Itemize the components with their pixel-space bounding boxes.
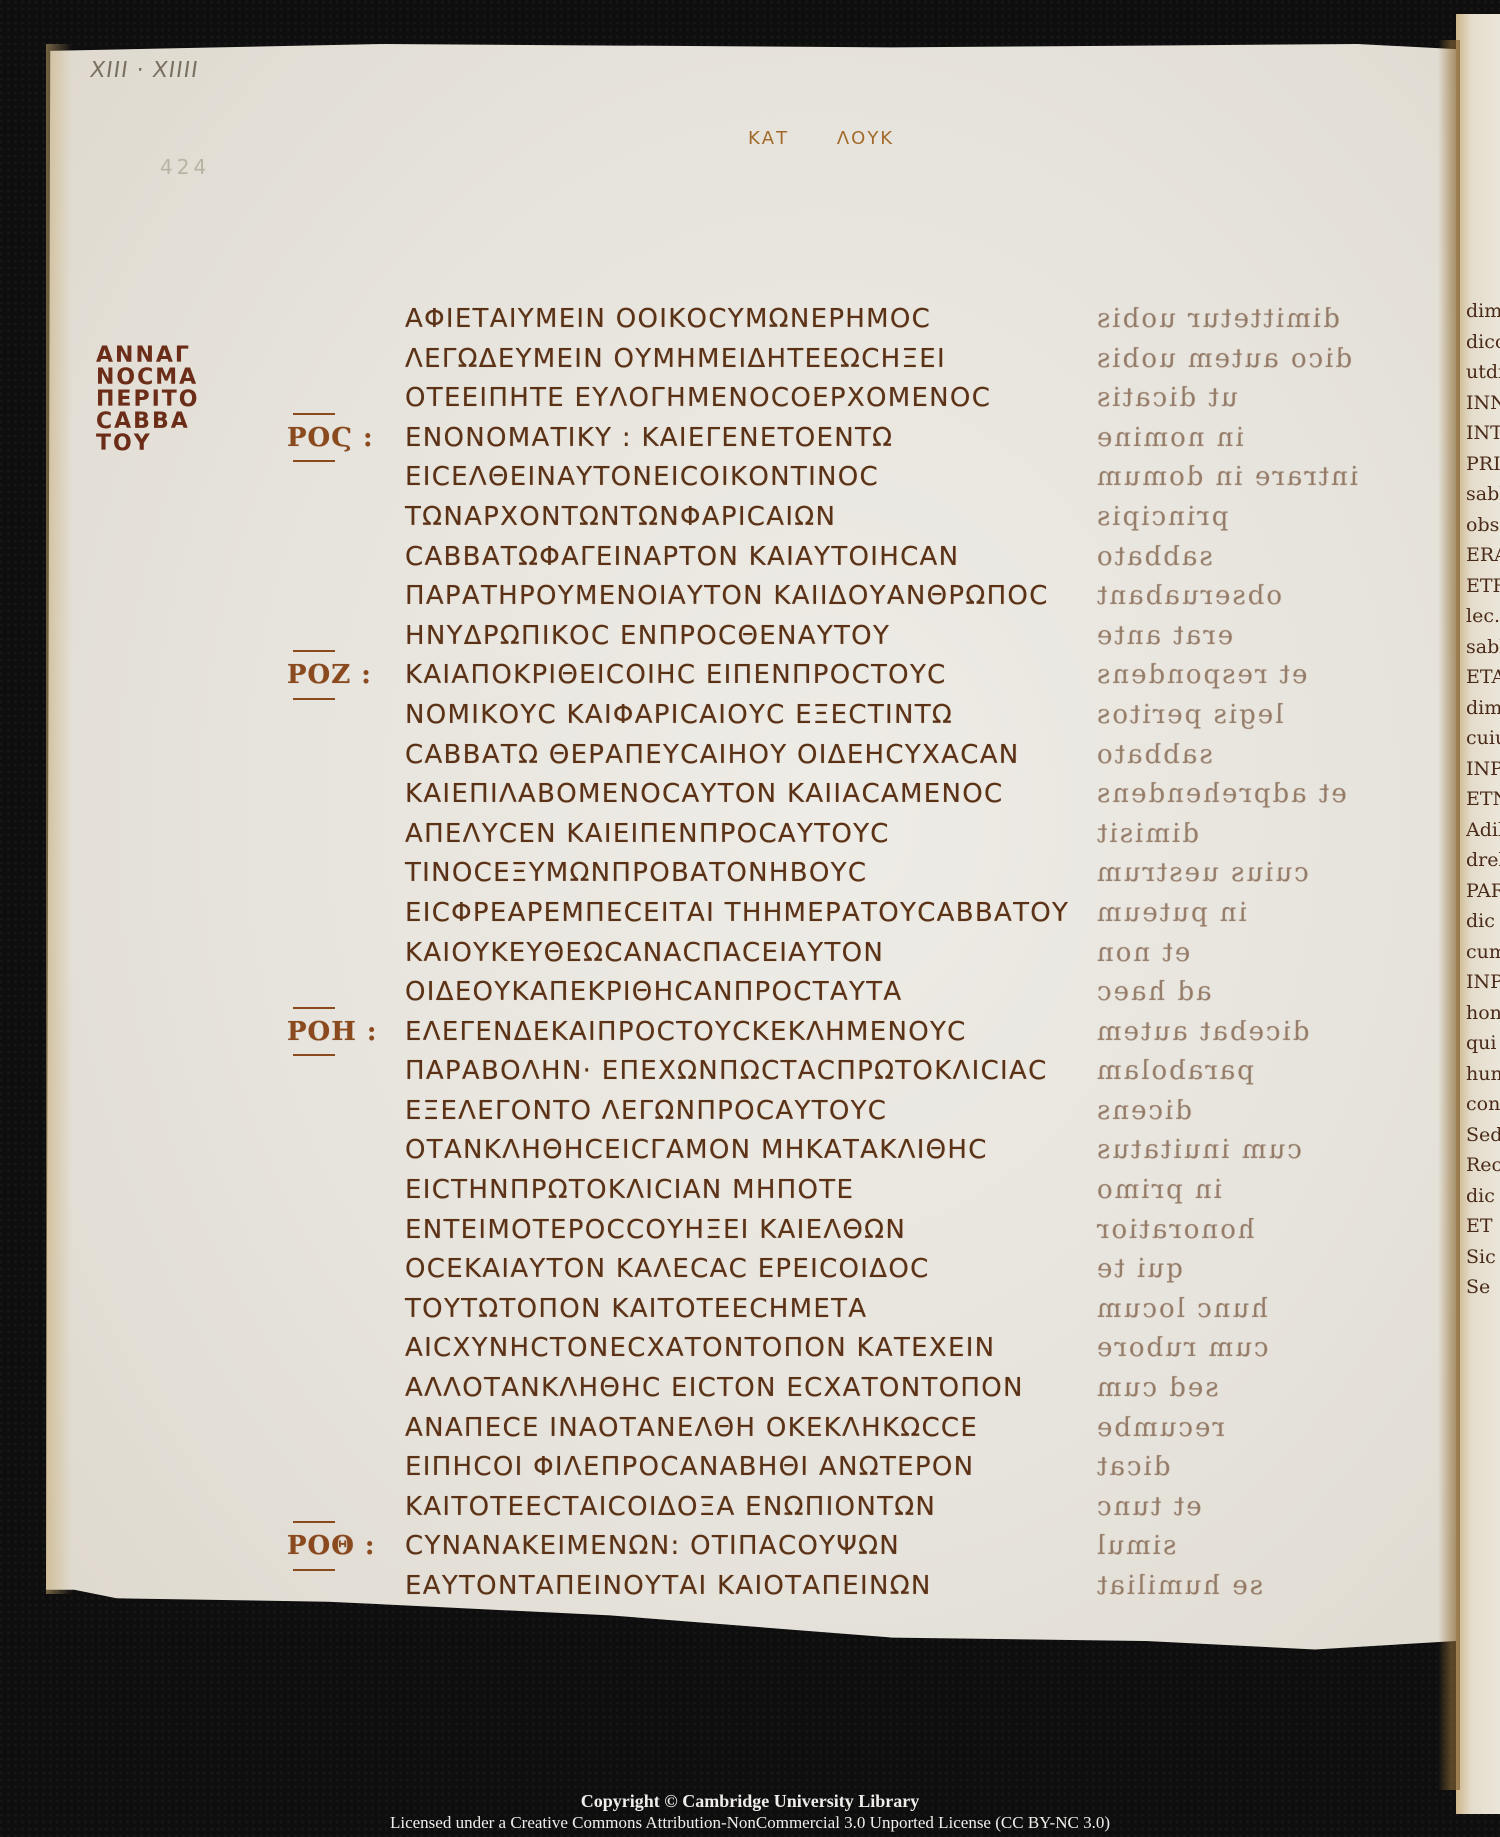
facing-page-line: dreb — [1466, 845, 1500, 876]
line-text: ΟϹΕΚΑΙΑΥΤΟΝ ΚΑΛΕϹΑϹ ΕΡΕΙϹΟΙΔΟϹ — [405, 1254, 930, 1284]
line-text: ΤΟΥΤΩΤΟΠΟΝ ΚΑΙΤΟΤΕΕϹΗΜΕΤΑ — [405, 1294, 867, 1324]
manuscript-line: ΡΟϚ :ΕΝΟΝΟΜΑΤΙΚΥ : ΚΑΙΕΓΕΝΕΤΟΕΝΤΩin nomi… — [405, 419, 1405, 459]
leaf-edge-stain — [46, 44, 72, 1594]
bleed-through-text: qui te — [1095, 1250, 1183, 1290]
manuscript-line: ΟΤΕΕΙΠΗΤΕ ΕΥΛΟΓΗΜΕΝΟϹΟΕΡΧΟΜΕΝΟϹut dicati… — [405, 379, 1405, 419]
line-text: ΕΞΕΛΕΓΟΝΤΟ ΛΕΓΩΝΠΡΟϹΑΥΤΟΥϹ — [405, 1096, 887, 1126]
ammonian-section-number: ΡΟΖ : — [287, 656, 372, 696]
bleed-through-text: intrare in domum — [1095, 458, 1358, 498]
bleed-through-text: cum inuitatus — [1095, 1131, 1302, 1171]
line-text: ΕΝΟΝΟΜΑΤΙΚΥ : ΚΑΙΕΓΕΝΕΤΟΕΝΤΩ — [405, 423, 893, 453]
manuscript-line: ΑΠΕΛΥϹΕΝ ΚΑΙΕΙΠΕΝΠΡΟϹΑΥΤΟΥϹdimisit — [405, 815, 1405, 855]
marginal-rubric: ΑΝΝΑΓ ΝΟϹΜΑ ΠΕΡΙΤΟ ϹΑΒΒΑ ΤΟΥ — [96, 345, 199, 455]
bleed-through-text: in nomine — [1095, 419, 1244, 459]
line-text: ΚΑΙΤΟΤΕΕϹΤΑΙϹΟΙΔΟΞΑ ΕΝΩΠΙΟΝΤΩΝ — [405, 1492, 936, 1522]
bleed-through-text: sabbato — [1095, 736, 1213, 776]
facing-page-line: dimi — [1466, 296, 1500, 327]
line-text: ΟΙΔΕΟΥΚΑΠΕΚΡΙΘΗϹΑΝΠΡΟϹΤΑΥΤΑ — [405, 977, 902, 1007]
facing-page-line: Se — [1466, 1272, 1500, 1303]
facing-page-line: ET — [1466, 1211, 1500, 1242]
ammonian-section-number: ΡΟϚ : — [287, 419, 374, 459]
facing-page-line: Sic — [1466, 1242, 1500, 1273]
bleed-through-text: dico autem uobis — [1095, 340, 1352, 380]
bleed-through-text: et adprehendens — [1095, 775, 1347, 815]
line-text: ΟΤΕΕΙΠΗΤΕ ΕΥΛΟΓΗΜΕΝΟϹΟΕΡΧΟΜΕΝΟϹ — [405, 383, 991, 413]
line-text: ΤΙΝΟϹΕΞΥΜΩΝΠΡΟΒΑΤΟΝΗΒΟΥϹ — [405, 858, 867, 888]
line-text: ΚΑΙΕΠΙΛΑΒΟΜΕΝΟϹΑΥΤΟΝ ΚΑΙΙΑϹΑΜΕΝΟϹ — [405, 779, 1003, 809]
manuscript-line: ΡΟΖ :ΚΑΙΑΠΟΚΡΙΘΕΙϹΟΙΗϹ ΕΙΠΕΝΠΡΟϹΤΟΥϹet r… — [405, 656, 1405, 696]
rubric-line: ΤΟΥ — [96, 433, 199, 455]
manuscript-line: ΑΛΛΟΤΑΝΚΛΗΘΗϹ ΕΙϹΤΟΝ ΕϹΧΑΤΟΝΤΟΠΟΝsed cum — [405, 1369, 1405, 1409]
line-text: ΗΝΥΔΡΩΠΙΚΟϹ ΕΝΠΡΟϹΘΕΝΑΥΤΟΥ — [405, 621, 890, 651]
facing-page-line: Adil — [1466, 815, 1500, 846]
facing-page-line: hon — [1466, 998, 1500, 1029]
bleed-through-text: erat ante — [1095, 617, 1233, 657]
line-text: ΑΛΛΟΤΑΝΚΛΗΘΗϹ ΕΙϹΤΟΝ ΕϹΧΑΤΟΝΤΟΠΟΝ — [405, 1373, 1024, 1403]
line-text: ΕΑΥΤΟΝΤΑΠΕΙΝΟΥΤΑΙ ΚΑΙΟΤΑΠΕΙΝΩΝ — [405, 1571, 932, 1601]
bleed-through-text: dimittetur uobis — [1095, 300, 1340, 340]
manuscript-line: ΗΝΥΔΡΩΠΙΚΟϹ ΕΝΠΡΟϹΘΕΝΑΥΤΟΥerat ante — [405, 617, 1405, 657]
facing-page-line: utdi — [1466, 357, 1500, 388]
facing-page-line: Rec — [1466, 1150, 1500, 1181]
bleed-through-text: cuius uestrum — [1095, 854, 1309, 894]
manuscript-line: ΠΑΡΑΒΟΛΗΝ· ΕΠΕΧΩΝΠΩϹΤΑϹΠΡΩΤΟΚΛΙϹΙΑϹparab… — [405, 1052, 1405, 1092]
line-text: ΑΝΑΠΕϹΕ ΙΝΑΟΤΑΝΕΛΘΗ ΟΚΕΚΛΗΚΩϹϹΕ — [405, 1413, 978, 1443]
bleed-through-text: ad haec — [1095, 973, 1212, 1013]
facing-page-line: sabb — [1466, 479, 1500, 510]
facing-page-line: INPU — [1466, 754, 1500, 785]
line-text: ΚΑΙΟΥΚΕΥΘΕΩϹΑΝΑϹΠΑϹΕΙΑΥΤΟΝ — [405, 938, 884, 968]
bleed-through-text: in puteum — [1095, 894, 1247, 934]
bleed-through-text: honoratior — [1095, 1211, 1255, 1251]
manuscript-line: ΟΤΑΝΚΛΗΘΗϹΕΙϹΓΑΜΟΝ ΜΗΚΑΤΑΚΛΙΘΗϹcum inuit… — [405, 1131, 1405, 1171]
facing-page-line: INTR — [1466, 418, 1500, 449]
bleed-through-text: et non — [1095, 934, 1190, 974]
bleed-through-text: simul — [1095, 1527, 1176, 1567]
line-text: ΟΤΑΝΚΛΗΘΗϹΕΙϹΓΑΜΟΝ ΜΗΚΑΤΑΚΛΙΘΗϹ — [405, 1135, 988, 1165]
facing-page-line: ERAT — [1466, 540, 1500, 571]
pencil-quire-marks: XIII · XIIII — [88, 58, 200, 83]
ammonian-section-number: ΡΟΘ : — [287, 1527, 376, 1567]
facing-page-line: PRIN — [1466, 449, 1500, 480]
facing-page-line: PARA — [1466, 876, 1500, 907]
facing-page-line: dic — [1466, 1181, 1500, 1212]
line-text: ΕΝΤΕΙΜΟΤΕΡΟϹϹΟΥΗΞΕΙ ΚΑΙΕΛΘΩΝ — [405, 1215, 906, 1245]
bleed-through-text: et respondens — [1095, 656, 1307, 696]
line-text: ΝΟΜΙΚΟΥϹ ΚΑΙΦΑΡΙϹΑΙΟΥϹ ΕΞΕϹΤΙΝΤΩ — [405, 700, 953, 730]
bleed-through-text: dicens — [1095, 1092, 1192, 1132]
facing-page-line: dic — [1466, 906, 1500, 937]
facing-page-line: Sed — [1466, 1120, 1500, 1151]
copyright-notice: Copyright © Cambridge University Library — [0, 1790, 1500, 1812]
bleed-through-text: recumbe — [1095, 1409, 1225, 1449]
binding-gutter — [1438, 40, 1460, 1790]
bleed-through-text: ut dicatis — [1095, 379, 1238, 419]
bleed-through-text: parabolam — [1095, 1052, 1254, 1092]
manuscript-line: ΤΙΝΟϹΕΞΥΜΩΝΠΡΟΒΑΤΟΝΗΒΟΥϹcuius uestrum — [405, 854, 1405, 894]
manuscript-line: ΕΑΥΤΟΝΤΑΠΕΙΝΟΥΤΑΙ ΚΑΙΟΤΑΠΕΙΝΩΝse humilia… — [405, 1567, 1405, 1607]
facing-page-line: hunc — [1466, 1059, 1500, 1090]
facing-page-line: ETRES — [1466, 571, 1500, 602]
manuscript-line: ΕΙϹΦΡΕΑΡΕΜΠΕϹΕΙΤΑΙ ΤΗΗΜΕΡΑΤΟΥϹΑΒΒΑΤΟΥin … — [405, 894, 1405, 934]
manuscript-line: ΕΙΠΗϹΟΙ ΦΙΛΕΠΡΟϹΑΝΑΒΗΘΙ ΑΝΩΤΕΡΟΝdicat — [405, 1448, 1405, 1488]
image-credits: Copyright © Cambridge University Library… — [0, 1790, 1500, 1834]
line-text: ϹΑΒΒΑΤΩ ΘΕΡΑΠΕΥϹΑΙΗΟΥ ΟΙΔΕΗϹΥΧΑϹΑΝ — [405, 740, 1020, 770]
line-text: ΠΑΡΑΒΟΛΗΝ· ΕΠΕΧΩΝΠΩϹΤΑϹΠΡΩΤΟΚΛΙϹΙΑϹ — [405, 1056, 1048, 1086]
facing-page-line: lec. — [1466, 601, 1500, 632]
facing-page-line: cuiu — [1466, 723, 1500, 754]
manuscript-line: ΟΙΔΕΟΥΚΑΠΕΚΡΙΘΗϹΑΝΠΡΟϹΤΑΥΤΑad haec — [405, 973, 1405, 1013]
manuscript-line: ΑΝΑΠΕϹΕ ΙΝΑΟΤΑΝΕΛΘΗ ΟΚΕΚΛΗΚΩϹϹΕrecumbe — [405, 1409, 1405, 1449]
manuscript-line: ΛΕΓΩΔΕΥΜΕΙΝ ΟΥΜΗΜΕΙΔΗΤΕΕΩϹΗΞΕΙdico autem… — [405, 340, 1405, 380]
bleed-through-text: et tunc — [1095, 1488, 1202, 1528]
line-text: ΚΑΙΑΠΟΚΡΙΘΕΙϹΟΙΗϹ ΕΙΠΕΝΠΡΟϹΤΟΥϹ — [405, 660, 947, 690]
facing-page-line: dimi — [1466, 693, 1500, 724]
manuscript-line: ΤΟΥΤΩΤΟΠΟΝ ΚΑΙΤΟΤΕΕϹΗΜΕΤΑhunc locum — [405, 1290, 1405, 1330]
manuscript-line: ΤΩΝΑΡΧΟΝΤΩΝΤΩΝΦΑΡΙϹΑΙΩΝprincipis — [405, 498, 1405, 538]
line-text: ΑΙϹΧΥΝΗϹΤΟΝΕϹΧΑΤΟΝΤΟΠΟΝ ΚΑΤΕΧΕΙΝ — [405, 1333, 995, 1363]
bleed-through-text: legis peritos — [1095, 696, 1284, 736]
manuscript-line: ΡΟΗ :ΕΛΕΓΕΝΔΕΚΑΙΠΡΟϹΤΟΥϹΚΕΚΛΗΜΕΝΟΥϹdiceb… — [405, 1013, 1405, 1053]
manuscript-line: ϹΑΒΒΑΤΩΦΑΓΕΙΝΑΡΤΟΝ ΚΑΙΑΥΤΟΙΗϹΑΝsabbato — [405, 538, 1405, 578]
line-text: ΕΙΠΗϹΟΙ ΦΙΛΕΠΡΟϹΑΝΑΒΗΘΙ ΑΝΩΤΕΡΟΝ — [405, 1452, 974, 1482]
bleed-through-text: in primo — [1095, 1171, 1222, 1211]
rubric-line: ΑΝΝΑΓ — [96, 345, 199, 367]
line-text: ΕΛΕΓΕΝΔΕΚΑΙΠΡΟϹΤΟΥϹΚΕΚΛΗΜΕΝΟΥϹ — [405, 1017, 967, 1047]
facing-page-line: dicoa — [1466, 327, 1500, 358]
facing-page-line: con — [1466, 1089, 1500, 1120]
line-text: ΤΩΝΑΡΧΟΝΤΩΝΤΩΝΦΑΡΙϹΑΙΩΝ — [405, 502, 836, 532]
line-text: ϹΥΝΑΝΑΚΕΙΜΕΝΩΝ: ΟΤΙΠΑϹΟΥΨΩΝ — [405, 1531, 900, 1561]
manuscript-line: ΚΑΙΟΥΚΕΥΘΕΩϹΑΝΑϹΠΑϹΕΙΑΥΤΟΝet non — [405, 934, 1405, 974]
line-text: ΕΙϹΤΗΝΠΡΩΤΟΚΛΙϹΙΑΝ ΜΗΠΟΤΕ — [405, 1175, 854, 1205]
line-text: ΕΙϹΕΛΘΕΙΝΑΥΤΟΝΕΙϹΟΙΚΟΝΤΙΝΟϹ — [405, 462, 879, 492]
running-title: ΚΑΤ ΛΟΥΚ — [748, 128, 894, 149]
line-text: ΑΦΙΕΤΑΙΥΜΕΙΝ ΟΟΙΚΟϹΥΜΩΝΕΡΗΜΟϹ — [405, 304, 931, 334]
bleed-through-text: sed cum — [1095, 1369, 1219, 1409]
manuscript-line: ΕΝΤΕΙΜΟΤΕΡΟϹϹΟΥΗΞΕΙ ΚΑΙΕΛΘΩΝhonoratior — [405, 1211, 1405, 1251]
facing-page-line: INNO — [1466, 388, 1500, 419]
manuscript-line: ΑΦΙΕΤΑΙΥΜΕΙΝ ΟΟΙΚΟϹΥΜΩΝΕΡΗΜΟϹdimittetur … — [405, 300, 1405, 340]
line-text: ΕΙϹΦΡΕΑΡΕΜΠΕϹΕΙΤΑΙ ΤΗΗΜΕΡΑΤΟΥϹΑΒΒΑΤΟΥ — [405, 898, 1069, 928]
line-text: ΛΕΓΩΔΕΥΜΕΙΝ ΟΥΜΗΜΕΙΔΗΤΕΕΩϹΗΞΕΙ — [405, 344, 946, 374]
bleed-through-text: sabbato — [1095, 538, 1213, 578]
manuscript-line: ΚΑΙΕΠΙΛΑΒΟΜΕΝΟϹΑΥΤΟΝ ΚΑΙΙΑϹΑΜΕΝΟϹet adpr… — [405, 775, 1405, 815]
bleed-through-text: dicebat autem — [1095, 1013, 1310, 1053]
facing-page-line: sabb — [1466, 632, 1500, 663]
line-text: ΑΠΕΛΥϹΕΝ ΚΑΙΕΙΠΕΝΠΡΟϹΑΥΤΟΥϹ — [405, 819, 890, 849]
facing-page-line: ETN — [1466, 784, 1500, 815]
line-text: ϹΑΒΒΑΤΩΦΑΓΕΙΝΑΡΤΟΝ ΚΑΙΑΥΤΟΙΗϹΑΝ — [405, 542, 959, 572]
license-notice: Licensed under a Creative Commons Attrib… — [0, 1812, 1500, 1834]
manuscript-line: ΡΟΘ :ϹΥΝΑΝΑΚΕΙΜΕΝΩΝ: ΟΤΙΠΑϹΟΥΨΩΝsimul — [405, 1527, 1405, 1567]
ammonian-section-number: ΡΟΗ : — [287, 1013, 377, 1053]
bleed-through-text: dicat — [1095, 1448, 1170, 1488]
bleed-through-text: se humiliat — [1095, 1567, 1263, 1607]
manuscript-line: ΕΙϹΕΛΘΕΙΝΑΥΤΟΝΕΙϹΟΙΚΟΝΤΙΝΟϹintrare in do… — [405, 458, 1405, 498]
facing-page-line: qui — [1466, 1028, 1500, 1059]
facing-page-line: ETAd — [1466, 662, 1500, 693]
facing-page-latin-text: dimidicoautdiINNOINTRPRINsabbobseERATETR… — [1466, 296, 1500, 1303]
manuscript-line: ΚΑΙΤΟΤΕΕϹΤΑΙϹΟΙΔΟΞΑ ΕΝΩΠΙΟΝΤΩΝet tunc — [405, 1488, 1405, 1528]
manuscript-line: ΠΑΡΑΤΗΡΟΥΜΕΝΟΙΑΥΤΟΝ ΚΑΙΙΔΟΥΑΝΘΡΩΠΟϹobser… — [405, 577, 1405, 617]
manuscript-line: ΟϹΕΚΑΙΑΥΤΟΝ ΚΑΛΕϹΑϹ ΕΡΕΙϹΟΙΔΟϹqui te — [405, 1250, 1405, 1290]
main-text-column: ΑΦΙΕΤΑΙΥΜΕΙΝ ΟΟΙΚΟϹΥΜΩΝΕΡΗΜΟϹdimittetur … — [405, 300, 1405, 1607]
facing-page-line: cum — [1466, 937, 1500, 968]
manuscript-line: ΝΟΜΙΚΟΥϹ ΚΑΙΦΑΡΙϹΑΙΟΥϹ ΕΞΕϹΤΙΝΤΩlegis pe… — [405, 696, 1405, 736]
bleed-through-text: obseruabant — [1095, 577, 1282, 617]
manuscript-line: ΕΙϹΤΗΝΠΡΩΤΟΚΛΙϹΙΑΝ ΜΗΠΟΤΕin primo — [405, 1171, 1405, 1211]
rubric-line: ΠΕΡΙΤΟ — [96, 389, 199, 411]
bleed-through-text: dimisit — [1095, 815, 1199, 855]
rubric-line: ΝΟϹΜΑ — [96, 367, 199, 389]
facing-page-line: INPR — [1466, 967, 1500, 998]
line-text: ΠΑΡΑΤΗΡΟΥΜΕΝΟΙΑΥΤΟΝ ΚΑΙΙΔΟΥΑΝΘΡΩΠΟϹ — [405, 581, 1049, 611]
bleed-through-text: hunc locum — [1095, 1290, 1268, 1330]
manuscript-line: ΕΞΕΛΕΓΟΝΤΟ ΛΕΓΩΝΠΡΟϹΑΥΤΟΥϹdicens — [405, 1092, 1405, 1132]
bleed-through-text: principis — [1095, 498, 1228, 538]
facing-page-line: obse — [1466, 510, 1500, 541]
rubric-line: ϹΑΒΒΑ — [96, 411, 199, 433]
manuscript-line: ΑΙϹΧΥΝΗϹΤΟΝΕϹΧΑΤΟΝΤΟΠΟΝ ΚΑΤΕΧΕΙΝcum rubo… — [405, 1329, 1405, 1369]
bleed-through-text: cum rubore — [1095, 1329, 1269, 1369]
manuscript-line: ϹΑΒΒΑΤΩ ΘΕΡΑΠΕΥϹΑΙΗΟΥ ΟΙΔΕΗϹΥΧΑϹΑΝsabbat… — [405, 736, 1405, 776]
pencil-folio-number: 424 — [160, 155, 210, 179]
